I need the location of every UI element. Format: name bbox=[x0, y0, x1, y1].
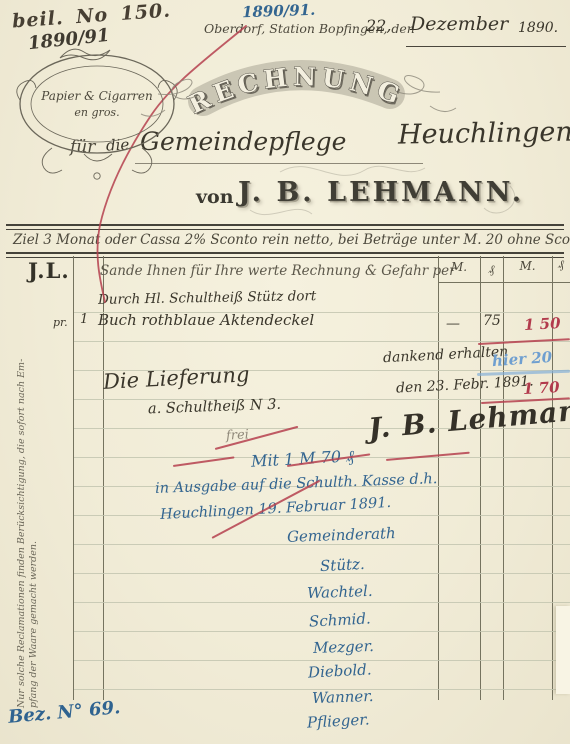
invoice-document: RECHNUNG RECHNUNG bbox=[0, 0, 570, 744]
cartouche-frame bbox=[17, 49, 177, 179]
name-flourishes bbox=[250, 166, 515, 214]
engraving-ornaments: RECHNUNG RECHNUNG bbox=[0, 0, 570, 744]
